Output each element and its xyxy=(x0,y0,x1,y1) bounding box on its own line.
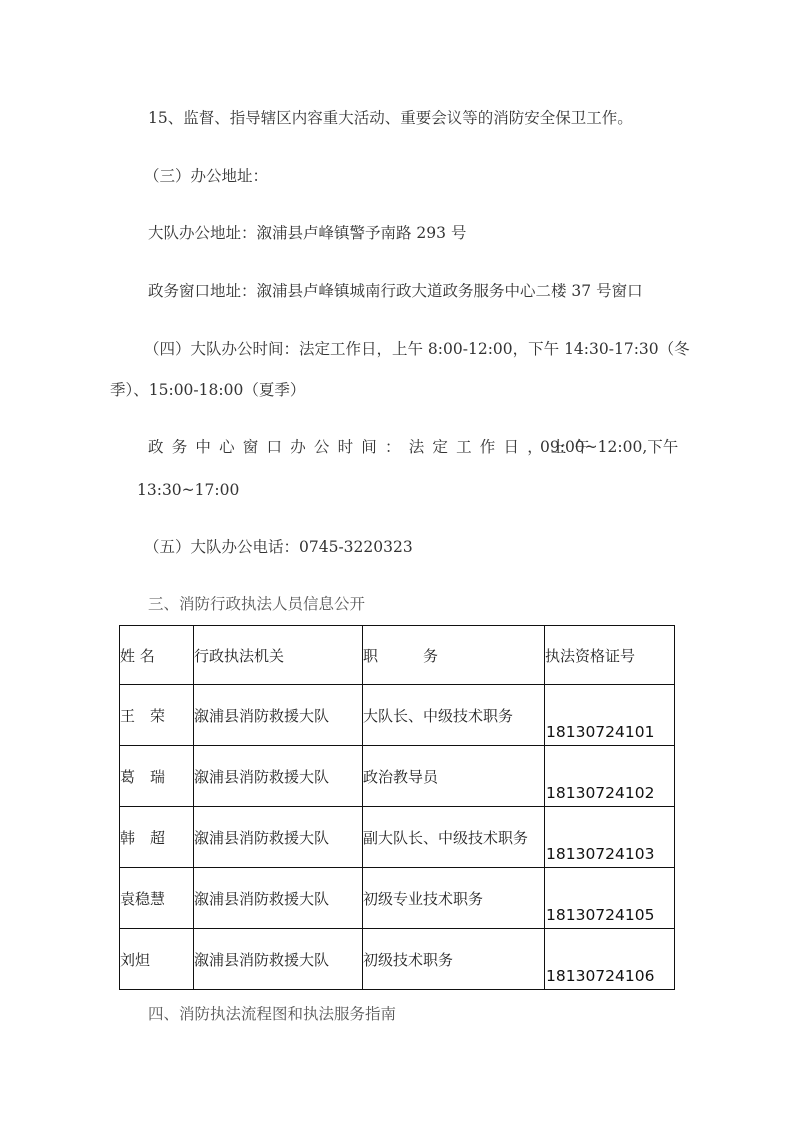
staff-name: 袁稳慧 xyxy=(120,868,194,929)
header-name: 姓 名 xyxy=(120,626,194,685)
staff-cert-number: 18130724102 xyxy=(545,746,675,807)
staff-position: 初级技术职务 xyxy=(363,929,545,990)
staff-position: 政治教导员 xyxy=(363,746,545,807)
service-center-hours-label: 政务中心窗口办公时间：法定工作日，上午 xyxy=(148,437,598,457)
office-hours-line-1: （四）大队办公时间：法定工作日，上午 8:00-12:00，下午 14:30-1… xyxy=(144,339,690,359)
staff-cert-number: 18130724106 xyxy=(545,929,675,990)
staff-agency: 溆浦县消防救援大队 xyxy=(194,746,363,807)
section-heading-staff-info: 三、消防行政执法人员信息公开 xyxy=(148,594,365,614)
staff-agency: 溆浦县消防救援大队 xyxy=(194,807,363,868)
staff-agency: 溆浦县消防救援大队 xyxy=(194,929,363,990)
staff-name: 葛 瑞 xyxy=(120,746,194,807)
staff-position: 初级专业技术职务 xyxy=(363,868,545,929)
table-row: 葛 瑞 溆浦县消防救援大队 政治教导员 18130724102 xyxy=(120,746,675,807)
table-row: 袁稳慧 溆浦县消防救援大队 初级专业技术职务 18130724105 xyxy=(120,868,675,929)
staff-name: 韩 超 xyxy=(120,807,194,868)
staff-cert-number: 18130724101 xyxy=(545,685,675,746)
staff-name: 王 荣 xyxy=(120,685,194,746)
staff-position: 副大队长、中级技术职务 xyxy=(363,807,545,868)
table-row: 王 荣 溆浦县消防救援大队 大队长、中级技术职务 18130724101 xyxy=(120,685,675,746)
header-agency: 行政执法机关 xyxy=(194,626,363,685)
staff-agency: 溆浦县消防救援大队 xyxy=(194,868,363,929)
section-office-address-title: （三）办公地址： xyxy=(144,166,268,186)
staff-position: 大队长、中级技术职务 xyxy=(363,685,545,746)
staff-agency: 溆浦县消防救援大队 xyxy=(194,685,363,746)
table-header-row: 姓 名 行政执法机关 职 务 执法资格证号 xyxy=(120,626,675,685)
header-position: 职 务 xyxy=(363,626,545,685)
table-row: 韩 超 溆浦县消防救援大队 副大队长、中级技术职务 18130724103 xyxy=(120,807,675,868)
service-center-hours-afternoon: 13:30~17:00 xyxy=(137,480,239,500)
section-heading-enforcement-flow: 四、消防执法流程图和执法服务指南 xyxy=(148,1004,396,1024)
service-center-hours-times: 09:00~12:00,下午 xyxy=(540,437,678,457)
table-row: 刘炟 溆浦县消防救援大队 初级技术职务 18130724106 xyxy=(120,929,675,990)
header-cert-number: 执法资格证号 xyxy=(545,626,675,685)
office-hours-line-2: 季）、15:00-18:00（夏季） xyxy=(110,380,305,400)
staff-cert-number: 18130724105 xyxy=(545,868,675,929)
brigade-phone: （五）大队办公电话：0745-3220323 xyxy=(144,537,413,557)
staff-cert-number: 18130724103 xyxy=(545,807,675,868)
window-address: 政务窗口地址：溆浦县卢峰镇城南行政大道政务服务中心二楼 37 号窗口 xyxy=(148,281,643,301)
brigade-address: 大队办公地址：溆浦县卢峰镇警予南路 293 号 xyxy=(148,223,466,243)
enforcement-staff-table: 姓 名 行政执法机关 职 务 执法资格证号 王 荣 溆浦县消防救援大队 大队长、… xyxy=(119,625,675,990)
duty-item-15: 15、监督、指导辖区内容重大活动、重要会议等的消防安全保卫工作。 xyxy=(148,108,633,128)
staff-name: 刘炟 xyxy=(120,929,194,990)
